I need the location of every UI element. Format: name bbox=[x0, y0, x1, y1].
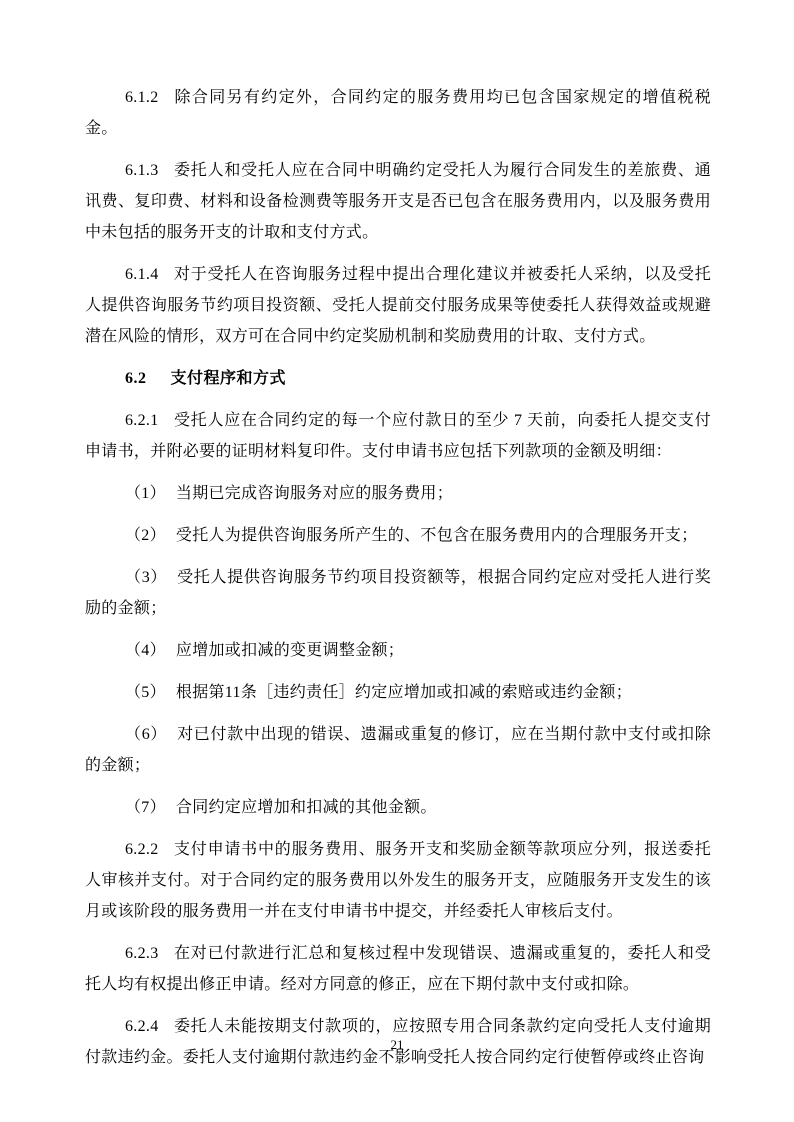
section-heading-6-2: 6.2支付程序和方式 bbox=[85, 363, 711, 394]
clause-6-1-2: 6.1.2除合同另有约定外，合同约定的服务费用均已包含国家规定的增值税税金。 bbox=[85, 82, 711, 144]
page-content: 6.1.2除合同另有约定外，合同约定的服务费用均已包含国家规定的增值税税金。 6… bbox=[85, 82, 711, 1084]
clause-number: 6.2.2 bbox=[125, 841, 159, 858]
clause-6-1-4: 6.1.4对于受托人在咨询服务过程中提出合理化建议并被委托人采纳，以及受托人提供… bbox=[85, 259, 711, 352]
clause-text: 支付申请书中的服务费用、服务开支和奖励金额等款项应分列，报送委托人审核并支付。对… bbox=[85, 841, 711, 920]
document-page: 6.1.2除合同另有约定外，合同约定的服务费用均已包含国家规定的增值税税金。 6… bbox=[0, 0, 794, 1122]
list-item-number: （2） bbox=[125, 527, 166, 544]
page-footer: 21 bbox=[0, 1036, 794, 1054]
clause-text: 对于受托人在咨询服务过程中提出合理化建议并被委托人采纳，以及受托人提供咨询服务节… bbox=[85, 266, 711, 345]
list-item-text: 根据第11条［违约责任］约定应增加或扣减的索赔或违约金额； bbox=[176, 684, 632, 701]
clause-text: 在对已付款进行汇总和复核过程中发现错误、遗漏或重复的，委托人和受托人均有权提出修… bbox=[85, 945, 711, 993]
list-item-6: （6）对已付款中出现的错误、遗漏或重复的修订，应在当期付款中支付或扣除的金额； bbox=[85, 719, 711, 781]
clause-text: 委托人和受托人应在合同中明确约定受托人为履行合同发生的差旅费、通讯费、复印费、材… bbox=[85, 162, 711, 241]
list-item-number: （7） bbox=[125, 799, 166, 816]
list-item-number: （6） bbox=[125, 726, 167, 743]
list-item-1: （1）当期已完成咨询服务对应的服务费用； bbox=[85, 478, 711, 509]
clause-number: 6.2.4 bbox=[125, 1018, 159, 1035]
list-item-text: 受托人为提供咨询服务所产生的、不包含在服务费用内的合理服务开支； bbox=[176, 527, 698, 544]
clause-6-2-3: 6.2.3在对已付款进行汇总和复核过程中发现错误、遗漏或重复的，委托人和受托人均… bbox=[85, 938, 711, 1000]
clause-number: 6.1.3 bbox=[125, 162, 159, 179]
list-item-number: （1） bbox=[125, 485, 166, 502]
clause-number: 6.1.2 bbox=[125, 89, 159, 106]
clause-text: 除合同另有约定外，合同约定的服务费用均已包含国家规定的增值税税金。 bbox=[85, 89, 711, 137]
list-item-text: 受托人提供咨询服务节约项目投资额等，根据合同约定应对受托人进行奖励的金额； bbox=[85, 569, 711, 617]
list-item-text: 合同约定应增加和扣减的其他金额。 bbox=[176, 799, 437, 816]
list-item-number: （5） bbox=[125, 684, 166, 701]
list-item-7: （7）合同约定应增加和扣减的其他金额。 bbox=[85, 792, 711, 823]
clause-number: 6.2.1 bbox=[125, 412, 159, 429]
list-item-number: （4） bbox=[125, 642, 166, 659]
list-item-3: （3）受托人提供咨询服务节约项目投资额等，根据合同约定应对受托人进行奖励的金额； bbox=[85, 562, 711, 624]
list-item-2: （2）受托人为提供咨询服务所产生的、不包含在服务费用内的合理服务开支； bbox=[85, 520, 711, 551]
clause-number: 6.1.4 bbox=[125, 266, 159, 283]
list-item-text: 当期已完成咨询服务对应的服务费用； bbox=[176, 485, 453, 502]
section-number: 6.2 bbox=[125, 370, 147, 387]
clause-6-2-1: 6.2.1受托人应在合同约定的每一个应付款日的至少 7 天前，向委托人提交支付申… bbox=[85, 405, 711, 467]
list-item-5: （5）根据第11条［违约责任］约定应增加或扣减的索赔或违约金额； bbox=[85, 677, 711, 708]
page-number: 21 bbox=[391, 1037, 404, 1052]
clause-6-2-2: 6.2.2支付申请书中的服务费用、服务开支和奖励金额等款项应分列，报送委托人审核… bbox=[85, 834, 711, 927]
list-item-text: 对已付款中出现的错误、遗漏或重复的修订，应在当期付款中支付或扣除的金额； bbox=[85, 726, 711, 774]
clause-number: 6.2.3 bbox=[125, 945, 159, 962]
clause-6-1-3: 6.1.3委托人和受托人应在合同中明确约定受托人为履行合同发生的差旅费、通讯费、… bbox=[85, 155, 711, 248]
list-item-4: （4）应增加或扣减的变更调整金额； bbox=[85, 635, 711, 666]
list-item-number: （3） bbox=[125, 569, 167, 586]
list-item-text: 应增加或扣减的变更调整金额； bbox=[176, 642, 404, 659]
section-title: 支付程序和方式 bbox=[171, 370, 287, 387]
clause-text: 受托人应在合同约定的每一个应付款日的至少 7 天前，向委托人提交支付申请书，并附… bbox=[85, 412, 711, 460]
